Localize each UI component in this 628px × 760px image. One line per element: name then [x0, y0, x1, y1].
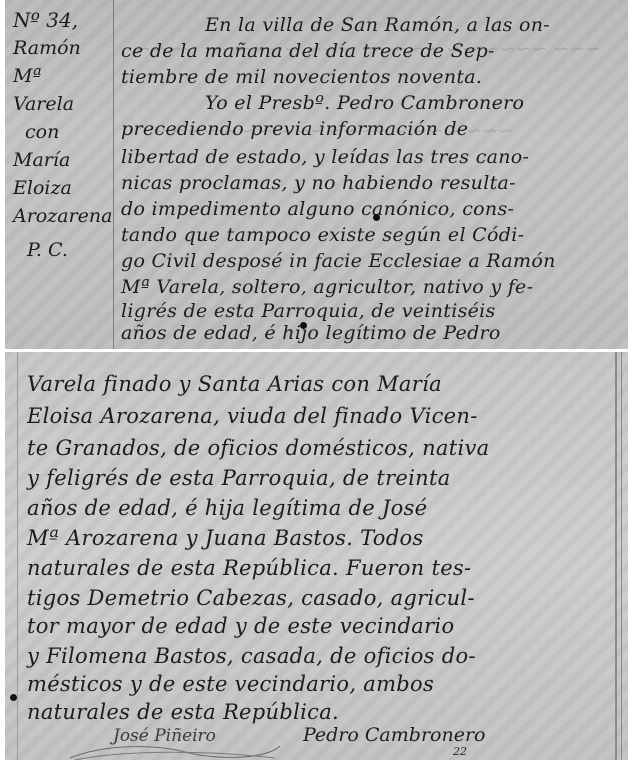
body-line: tor mayor de edad y de este vecindario [27, 614, 454, 638]
bride-first-name: María [13, 146, 113, 174]
body-line: tiembre de mil novecientos noventa. [121, 66, 482, 88]
body-line: Eloisa Arozarena, viuda del finado Vicen… [27, 404, 478, 428]
body-line: te Granados, de oficios domésticos, nati… [27, 436, 489, 460]
body-line: tigos Demetrio Cabezas, casado, agricul- [27, 586, 475, 610]
body-line: libertad de estado, y leídas las tres ca… [121, 146, 529, 168]
body-line: do impedimento alguno canónico, cons- [121, 198, 514, 220]
margin-initials: P. C. [13, 236, 113, 264]
ink-dot [10, 694, 17, 701]
body-line: y Filomena Bastos, casada, de oficios do… [27, 644, 476, 668]
body-line: go Civil desposé in facie Ecclesiae a Ra… [121, 250, 556, 272]
margin-rule [113, 0, 114, 349]
body-line: En la villa de San Ramón, a las on- [205, 14, 550, 36]
bride-second-name: Eloiza [13, 174, 113, 202]
body-line: naturales de esta República. [27, 700, 339, 724]
priest-signature: Pedro Cambronero [303, 724, 485, 746]
bride-surname: Arozarena [13, 202, 113, 230]
folio-mark: 22 [453, 745, 467, 758]
body-line: años de edad, é hija legítima de José [27, 496, 427, 520]
margin-annotation: Nº 34, Ramón Mª Varela con María Eloiza … [13, 6, 113, 264]
body-line: Yo el Presbº. Pedro Cambronero [205, 92, 524, 114]
signature-flourish-icon [65, 740, 285, 760]
body-line: Mª Arozarena y Juana Bastos. Todos [27, 526, 424, 550]
body-line: Varela finado y Santa Arias con María [27, 372, 442, 396]
groom-surname: Varela [13, 90, 113, 118]
record-page-top: ~~~ ~~~~ ~~ ~~~~~ ~~~ ~~~~~~ ~~~~ ~~~~ ~… [0, 0, 628, 349]
body-line: ce de la mañana del día trece de Sep- [121, 40, 495, 62]
groom-abbrev: Mª [13, 62, 113, 90]
body-line: nicas proclamas, y no habiendo resulta- [121, 172, 516, 194]
right-border-rule [621, 352, 622, 760]
body-line: años de edad, é hijo legítimo de Pedro [121, 322, 501, 344]
ink-dot [373, 214, 380, 221]
record-number: Nº 34, [13, 6, 113, 34]
body-line: precediendo previa información de [121, 118, 468, 140]
margin-con: con [13, 118, 113, 146]
body-line: naturales de esta República. Fueron tes- [27, 556, 471, 580]
ink-dot [300, 322, 307, 329]
body-line: tando que tampoco existe según el Códi- [121, 224, 524, 246]
body-line: Mª Varela, soltero, agricultor, nativo y… [121, 276, 533, 298]
record-page-bottom: Varela finado y Santa Arias con María El… [0, 352, 628, 760]
right-border-rule [615, 352, 617, 760]
body-line: mésticos y de este vecindario, ambos [27, 672, 434, 696]
groom-first-name: Ramón [13, 34, 113, 62]
margin-rule [17, 352, 18, 760]
body-line: y feligrés de esta Parroquia, de treinta [27, 466, 451, 490]
body-line: ligrés de esta Parroquia, de veintiséis [121, 300, 496, 322]
